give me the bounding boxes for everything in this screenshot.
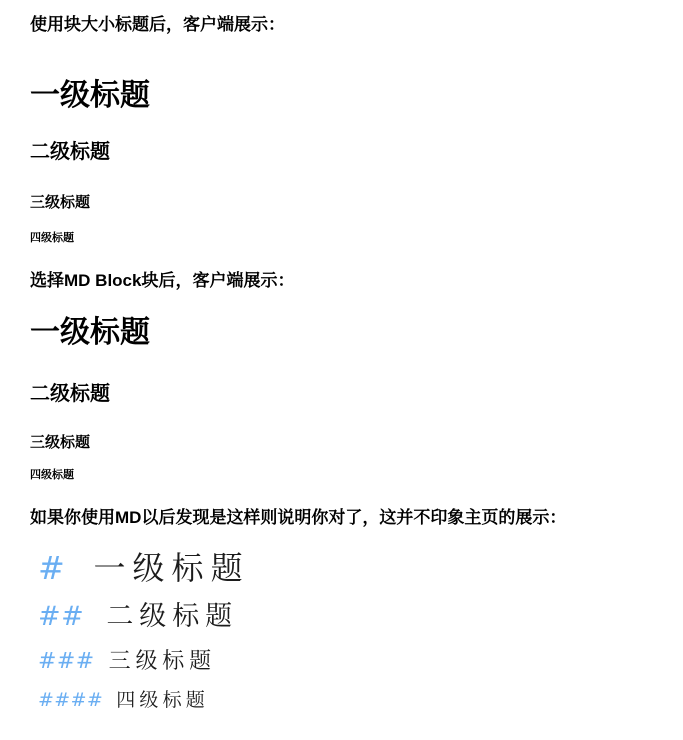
rendered-heading-h4: 四级标题	[30, 231, 653, 245]
md-source-line-h1: # 一级标题	[38, 548, 653, 588]
rendered-heading-h2: 二级标题	[30, 382, 653, 407]
md-hash-marks: ##	[38, 600, 84, 634]
rendered-heading-h1: 一级标题	[30, 314, 653, 352]
rendered-heading-h3: 三级标题	[30, 193, 653, 212]
rendered-heading-h1: 一级标题	[30, 77, 653, 115]
intro-paragraph-block-size: 使用块大小标题后，客户端展示：	[30, 14, 653, 36]
document-page: 使用块大小标题后，客户端展示： 一级标题 二级标题 三级标题 四级标题 选择MD…	[30, 14, 653, 712]
md-source-preview: # 一级标题 ## 二级标题 ### 三级标题 #### 四级标题	[30, 548, 653, 712]
md-heading-text: 四级标题	[116, 688, 209, 712]
rendered-heading-h2: 二级标题	[30, 140, 653, 165]
intro-paragraph-md-result: 如果你使用MD以后发现是这样则说明你对了，这并不印象主页的展示：	[30, 507, 653, 529]
md-source-line-h2: ## 二级标题	[38, 600, 653, 634]
md-hash-marks: #	[38, 548, 65, 588]
md-heading-text: 二级标题	[106, 600, 238, 634]
rendered-heading-h3: 三级标题	[30, 433, 653, 452]
md-hash-marks: ###	[38, 648, 95, 676]
md-heading-text: 三级标题	[109, 648, 216, 676]
rendered-heading-h4: 四级标题	[30, 468, 653, 482]
md-heading-text: 一级标题	[93, 548, 249, 588]
intro-paragraph-md-block: 选择MD Block块后，客户端展示：	[30, 270, 653, 292]
md-source-line-h4: #### 四级标题	[38, 688, 653, 712]
md-hash-marks: ####	[38, 688, 103, 712]
md-source-line-h3: ### 三级标题	[38, 648, 653, 676]
